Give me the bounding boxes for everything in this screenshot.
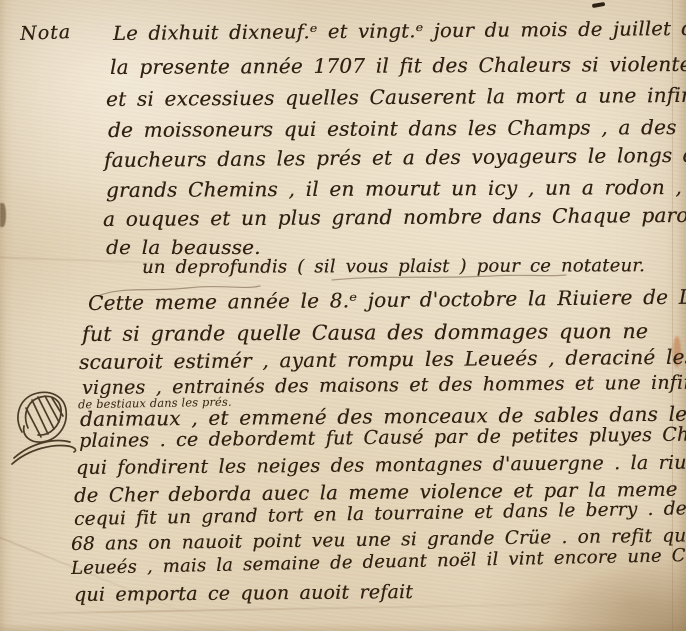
manuscript-line: a ouques et un plus grand nombre dans Ch… <box>103 203 686 231</box>
spiral-scribble-doodle-icon <box>8 388 100 466</box>
manuscript-line: et si excessiues quelles Causerent la mo… <box>106 83 686 111</box>
manuscript-line: scauroit estimér , ayant rompu les Leueé… <box>79 345 686 374</box>
left-edge-stain <box>0 203 6 227</box>
manuscript-page: Nota Le dixhuit dixneuf.ᵉ et vingt.ᵉ jou… <box>0 0 686 631</box>
manuscript-line: la presente année 1707 il fit des Chaleu… <box>110 52 686 79</box>
manuscript-line: Le dixhuit dixneuf.ᵉ et vingt.ᵉ jour du … <box>113 17 686 45</box>
manuscript-line: de moissoneurs qui estoint dans les Cham… <box>108 115 686 142</box>
margin-note-nota: Nota <box>20 21 72 45</box>
manuscript-line: de la beausse. <box>106 235 261 259</box>
manuscript-line: grands Chemins , il en mourut un icy , u… <box>106 175 686 202</box>
manuscript-line: qui fondirent les neiges des montagnes d… <box>76 451 686 479</box>
ink-tick-mark <box>592 2 605 8</box>
manuscript-line: fut si grande quelle Causa des dommages … <box>82 319 648 346</box>
manuscript-line: faucheurs dans les prés et a des voyageu… <box>104 143 686 172</box>
manuscript-line: qui emporta ce quon auoit refait <box>74 581 413 606</box>
